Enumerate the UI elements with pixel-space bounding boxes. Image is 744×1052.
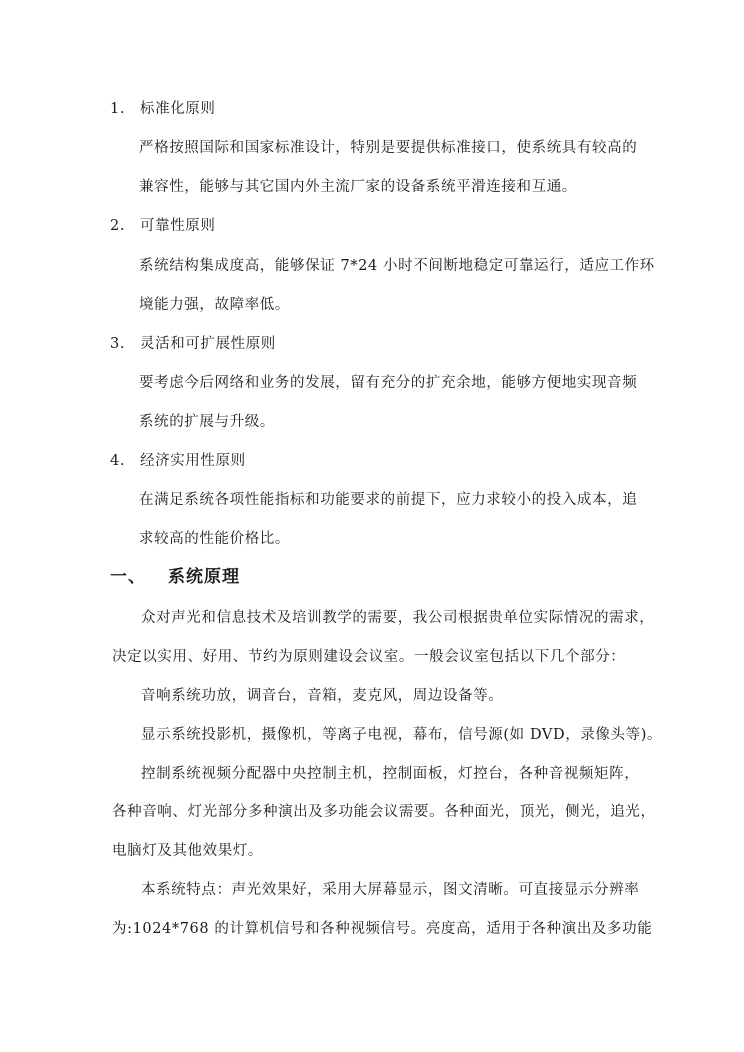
paragraph-line: 电脑灯及其他效果灯。 [112,842,263,860]
paragraph-line: 系统的扩展与升级。 [139,413,275,431]
principle-heading-3: 3.灵活和可扩展性原则 [110,335,276,353]
paragraph-line: 显示系统投影机，摄像机，等离子电视，幕布，信号源(如 DVD，录像头等)。 [141,726,662,744]
paragraph-line: 音响系统功放，调音台，音箱，麦克风，周边设备等。 [141,687,503,705]
document-page: 1.标准化原则 严格按照国际和国家标准设计，特别是要提供标准接口，使系统具有较高… [0,0,744,1052]
principle-title: 可靠性原则 [140,218,216,234]
paragraph-line: 本系统特点：声光效果好，采用大屏幕显示，图文清晰。可直接显示分辨率 [141,881,639,899]
principle-title: 经济实用性原则 [140,453,246,469]
principle-heading-4: 4.经济实用性原则 [110,452,246,470]
principle-number: 1. [110,100,140,118]
paragraph-line: 兼容性，能够与其它国内外主流厂家的设备系统平滑连接和互通。 [139,178,577,196]
paragraph-line: 求较高的性能价格比。 [139,530,290,548]
paragraph-line: 决定以实用、好用、节约为原则建设会议室。一般会议室包括以下几个部分： [112,648,625,666]
paragraph-line: 在满足系统各项性能指标和功能要求的前提下，应力求较小的投入成本，追 [139,491,637,509]
principle-title: 标准化原则 [140,101,216,117]
principle-heading-1: 1.标准化原则 [110,100,216,118]
paragraph-line: 控制系统视频分配器中央控制主机，控制面板，灯控台，各种音视频矩阵， [141,765,639,783]
paragraph-line: 要考虑今后网络和业务的发展，留有充分的扩充余地，能够方便地实现音频 [139,374,637,392]
principle-number: 4. [110,452,140,470]
paragraph-line: 为:1024*768 的计算机信号和各种视频信号。亮度高，适用于各种演出及多功能 [112,920,652,938]
principle-number: 2. [110,217,140,235]
paragraph-line: 境能力强，故障率低。 [139,296,290,314]
paragraph-line: 各种音响、灯光部分多种演出及多功能会议需要。各种面光，顶光，侧光，追光， [112,803,656,821]
paragraph-line: 严格按照国际和国家标准设计，特别是要提供标准接口，使系统具有较高的 [139,139,637,157]
section-heading: 一、系统原理 [110,568,240,586]
section-number: 一、 [110,568,168,586]
paragraph-line: 系统结构集成度高，能够保证 7*24 小时不间断地稳定可靠运行，适应工作环 [139,257,655,275]
section-title: 系统原理 [168,567,240,587]
principle-title: 灵活和可扩展性原则 [140,336,276,352]
principle-heading-2: 2.可靠性原则 [110,217,216,235]
principle-number: 3. [110,335,140,353]
paragraph-line: 众对声光和信息技术及培训教学的需要，我公司根据贵单位实际情况的需求， [141,609,654,627]
